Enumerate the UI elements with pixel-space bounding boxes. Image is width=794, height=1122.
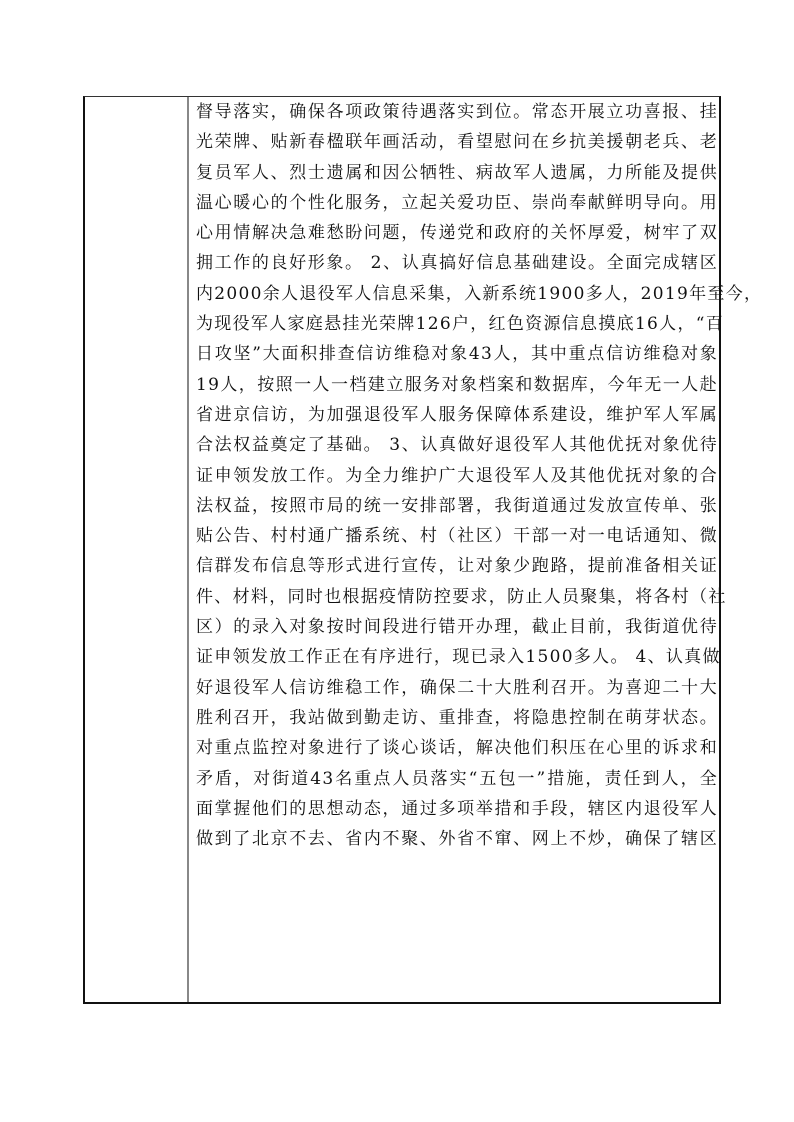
text-line: 区）的录入对象按时间段进行错开办理，截止目前，我街道优待	[196, 612, 718, 642]
text-line: 件、材料，同时也根据疫情防控要求，防止人员聚集，将各村（社	[196, 582, 718, 612]
text-line: 拥工作的良好形象。 2、认真搞好信息基础建设。全面完成辖区	[196, 248, 718, 278]
text-line: 做到了北京不去、省内不聚、外省不窜、网上不炒，确保了辖区	[196, 824, 718, 854]
text-line: 19人，按照一人一档建立服务对象档案和数据库，今年无一人赴	[196, 370, 718, 400]
body-text: 督导落实，确保各项政策待遇落实到位。常态开展立功喜报、挂 光荣牌、贴新春楹联年画…	[196, 97, 718, 854]
text-line: 光荣牌、贴新春楹联年画活动，看望慰问在乡抗美援朝老兵、老	[196, 127, 718, 157]
text-line: 省进京信访，为加强退役军人服务保障体系建设，维护军人军属	[196, 400, 718, 430]
text-line: 对重点监控对象进行了谈心谈话，解决他们积压在心里的诉求和	[196, 733, 718, 763]
text-line: 信群发布信息等形式进行宣传，让对象少跑路，提前准备相关证	[196, 551, 718, 581]
text-line: 面掌握他们的思想动态，通过多项举措和手段，辖区内退役军人	[196, 794, 718, 824]
label-cell	[85, 97, 189, 1002]
text-line: 为现役军人家庭悬挂光荣牌126户，红色资源信息摸底16人，“百	[196, 309, 718, 339]
text-line: 矛盾，对街道43名重点人员落实“五包一”措施，责任到人，全	[196, 764, 718, 794]
text-line: 好退役军人信访维稳工作，确保二十大胜利召开。为喜迎二十大	[196, 673, 718, 703]
text-line: 心用情解决急难愁盼问题，传递党和政府的关怀厚爱，树牢了双	[196, 218, 718, 248]
text-line: 合法权益奠定了基础。 3、认真做好退役军人其他优抚对象优待	[196, 430, 718, 460]
text-line: 法权益，按照市局的统一安排部署，我街道通过发放宣传单、张	[196, 491, 718, 521]
text-line: 内2000余人退役军人信息采集，入新系统1900多人，2019年至今，	[196, 279, 718, 309]
text-line: 复员军人、烈士遗属和因公牺牲、病故军人遗属，力所能及提供	[196, 158, 718, 188]
content-table: 督导落实，确保各项政策待遇落实到位。常态开展立功喜报、挂 光荣牌、贴新春楹联年画…	[83, 96, 721, 1004]
text-line: 证申领发放工作。为全力维护广大退役军人及其他优抚对象的合	[196, 461, 718, 491]
text-line: 日攻坚”大面积排查信访维稳对象43人，其中重点信访维稳对象	[196, 339, 718, 369]
content-cell: 督导落实，确保各项政策待遇落实到位。常态开展立功喜报、挂 光荣牌、贴新春楹联年画…	[189, 97, 719, 1002]
text-line: 胜利召开，我站做到勤走访、重排查，将隐患控制在萌芽状态。	[196, 703, 718, 733]
text-line: 证申领发放工作正在有序进行，现已录入1500多人。 4、认真做	[196, 642, 718, 672]
text-line: 温心暖心的个性化服务，立起关爱功臣、崇尚奉献鲜明导向。用	[196, 188, 718, 218]
text-line: 督导落实，确保各项政策待遇落实到位。常态开展立功喜报、挂	[196, 97, 718, 127]
text-line: 贴公告、村村通广播系统、村（社区）干部一对一电话通知、微	[196, 521, 718, 551]
